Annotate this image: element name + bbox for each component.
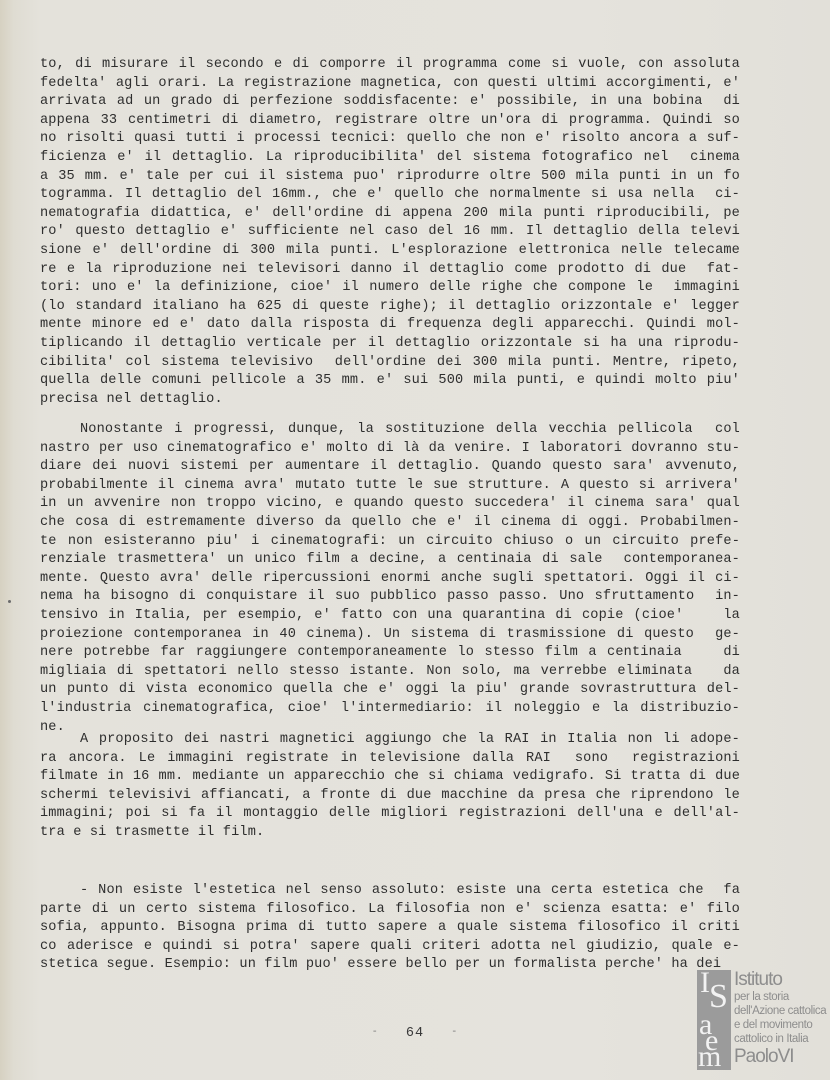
logo-subtitle-line: dell'Azione cattolica bbox=[734, 1004, 826, 1018]
text-line: un punto di vista economico quella che e… bbox=[40, 681, 740, 700]
text-line: tra e si trasmette il film. bbox=[40, 824, 740, 843]
text-line: sione e' dell'ordine di 300 mila punti. … bbox=[40, 242, 740, 261]
text-line: migliaia di spettatori nello stesso ista… bbox=[40, 663, 740, 682]
paragraph-3: A proposito dei nastri magnetici aggiung… bbox=[40, 731, 740, 843]
text-line: no risolti quasi tutti i processi tecnic… bbox=[40, 130, 740, 149]
paper-speck bbox=[8, 600, 11, 603]
text-line: immagini; poi si fa il montaggio delle m… bbox=[40, 805, 740, 824]
text-line: mente. Questo avra' delle ripercussioni … bbox=[40, 570, 740, 589]
text-line: cibilita' col sistema televisivo dell'or… bbox=[40, 354, 740, 373]
logo-subtitle-line: per la storia bbox=[734, 990, 826, 1004]
text-line: nema ha bisogno di conquistare il suo pu… bbox=[40, 588, 740, 607]
page-number-dash-right: - bbox=[451, 1027, 458, 1038]
logo-letter: m bbox=[698, 1042, 721, 1070]
text-line: in un avvenire non troppo vicino, e quan… bbox=[40, 495, 740, 514]
paragraph-2: Nonostante i progressi, dunque, la sosti… bbox=[40, 421, 740, 737]
text-line: proiezione contemporanea in 40 cinema). … bbox=[40, 626, 740, 645]
text-line: schermi televisivi affiancati, a fronte … bbox=[40, 787, 740, 806]
logo-footer: PaoloVI bbox=[734, 1047, 826, 1067]
page-number-dash-left: - bbox=[372, 1027, 379, 1038]
text-line: A proposito dei nastri magnetici aggiung… bbox=[40, 731, 740, 750]
text-line: tori: uno e' la definizione, cioe' il nu… bbox=[40, 279, 740, 298]
page-number-value: 64 bbox=[406, 1026, 424, 1041]
text-line: probabilmente il cinema avra' mutato tut… bbox=[40, 477, 740, 496]
logo-mark-icon: I S a e m bbox=[697, 970, 731, 1070]
text-line: ro' questo dettaglio e' sufficiente nel … bbox=[40, 223, 740, 242]
text-line: a 35 mm. e' tale per cui il sistema puo'… bbox=[40, 168, 740, 187]
text-line: ficienza e' il dettaglio. La riproducibi… bbox=[40, 149, 740, 168]
text-line: ra ancora. Le immagini registrate in tel… bbox=[40, 750, 740, 769]
text-line: nere potrebbe far raggiungere contempora… bbox=[40, 644, 740, 663]
text-line: filmate in 16 mm. mediante un apparecchi… bbox=[40, 768, 740, 787]
text-line: arrivata ad un grado di perfezione soddi… bbox=[40, 93, 740, 112]
text-line: stetica segue. Esempio: un film puo' ess… bbox=[40, 956, 740, 975]
institute-logo: I S a e m Istituto per la storia dell'Az… bbox=[697, 970, 830, 1080]
paragraph-4: - Non esiste l'estetica nel senso assolu… bbox=[40, 882, 740, 975]
text-line: che cosa di estremamente diverso da quel… bbox=[40, 514, 740, 533]
text-line: nastro per uso cinematografico e' molto … bbox=[40, 440, 740, 459]
paragraph-1: to, di misurare il secondo e di comporre… bbox=[40, 56, 740, 409]
text-line: te non esisteranno piu' i cinematografi:… bbox=[40, 533, 740, 552]
text-line: tensivo in Italia, per esempio, e' fatto… bbox=[40, 607, 740, 626]
text-line: renziale trasmettera' un unico film a de… bbox=[40, 551, 740, 570]
logo-subtitle-line: cattolico in Italia bbox=[734, 1032, 826, 1046]
text-line: fedelta' agli orari. La registrazione ma… bbox=[40, 75, 740, 94]
logo-title: Istituto bbox=[734, 970, 826, 990]
text-line: parte di un certo sistema filosofico. La… bbox=[40, 901, 740, 920]
scanned-page: to, di misurare il secondo e di comporre… bbox=[0, 0, 830, 1080]
text-line: diare dei nuovi sistemi per aumentare il… bbox=[40, 458, 740, 477]
text-line: quella delle comuni pellicole a 35 mm. e… bbox=[40, 372, 740, 391]
text-line: nematografia didattica, e' dell'ordine d… bbox=[40, 205, 740, 224]
text-line: togramma. Il dettaglio del 16mm., che e'… bbox=[40, 186, 740, 205]
text-line: appena 33 centimetri di diametro, regist… bbox=[40, 112, 740, 131]
text-line: re e la riproduzione nei televisori dann… bbox=[40, 261, 740, 280]
text-line: mente minore ed e' dato dalla risposta d… bbox=[40, 316, 740, 335]
text-line: tiplicando il dettaglio verticale per il… bbox=[40, 335, 740, 354]
text-line: (lo standard italiano ha 625 di queste r… bbox=[40, 298, 740, 317]
text-line: l'industria cinematografica, cioe' l'int… bbox=[40, 700, 740, 719]
text-line: precisa nel dettaglio. bbox=[40, 391, 740, 410]
text-line: co aderisce e quindi si potra' sapere qu… bbox=[40, 938, 740, 957]
logo-text: Istituto per la storia dell'Azione catto… bbox=[734, 970, 826, 1067]
text-line: to, di misurare il secondo e di comporre… bbox=[40, 56, 740, 75]
logo-subtitle-line: e del movimento bbox=[734, 1018, 826, 1032]
text-line: sofia, appunto. Bisogna prima di tutto s… bbox=[40, 919, 740, 938]
text-line: Nonostante i progressi, dunque, la sosti… bbox=[40, 421, 740, 440]
text-line: - Non esiste l'estetica nel senso assolu… bbox=[40, 882, 740, 901]
